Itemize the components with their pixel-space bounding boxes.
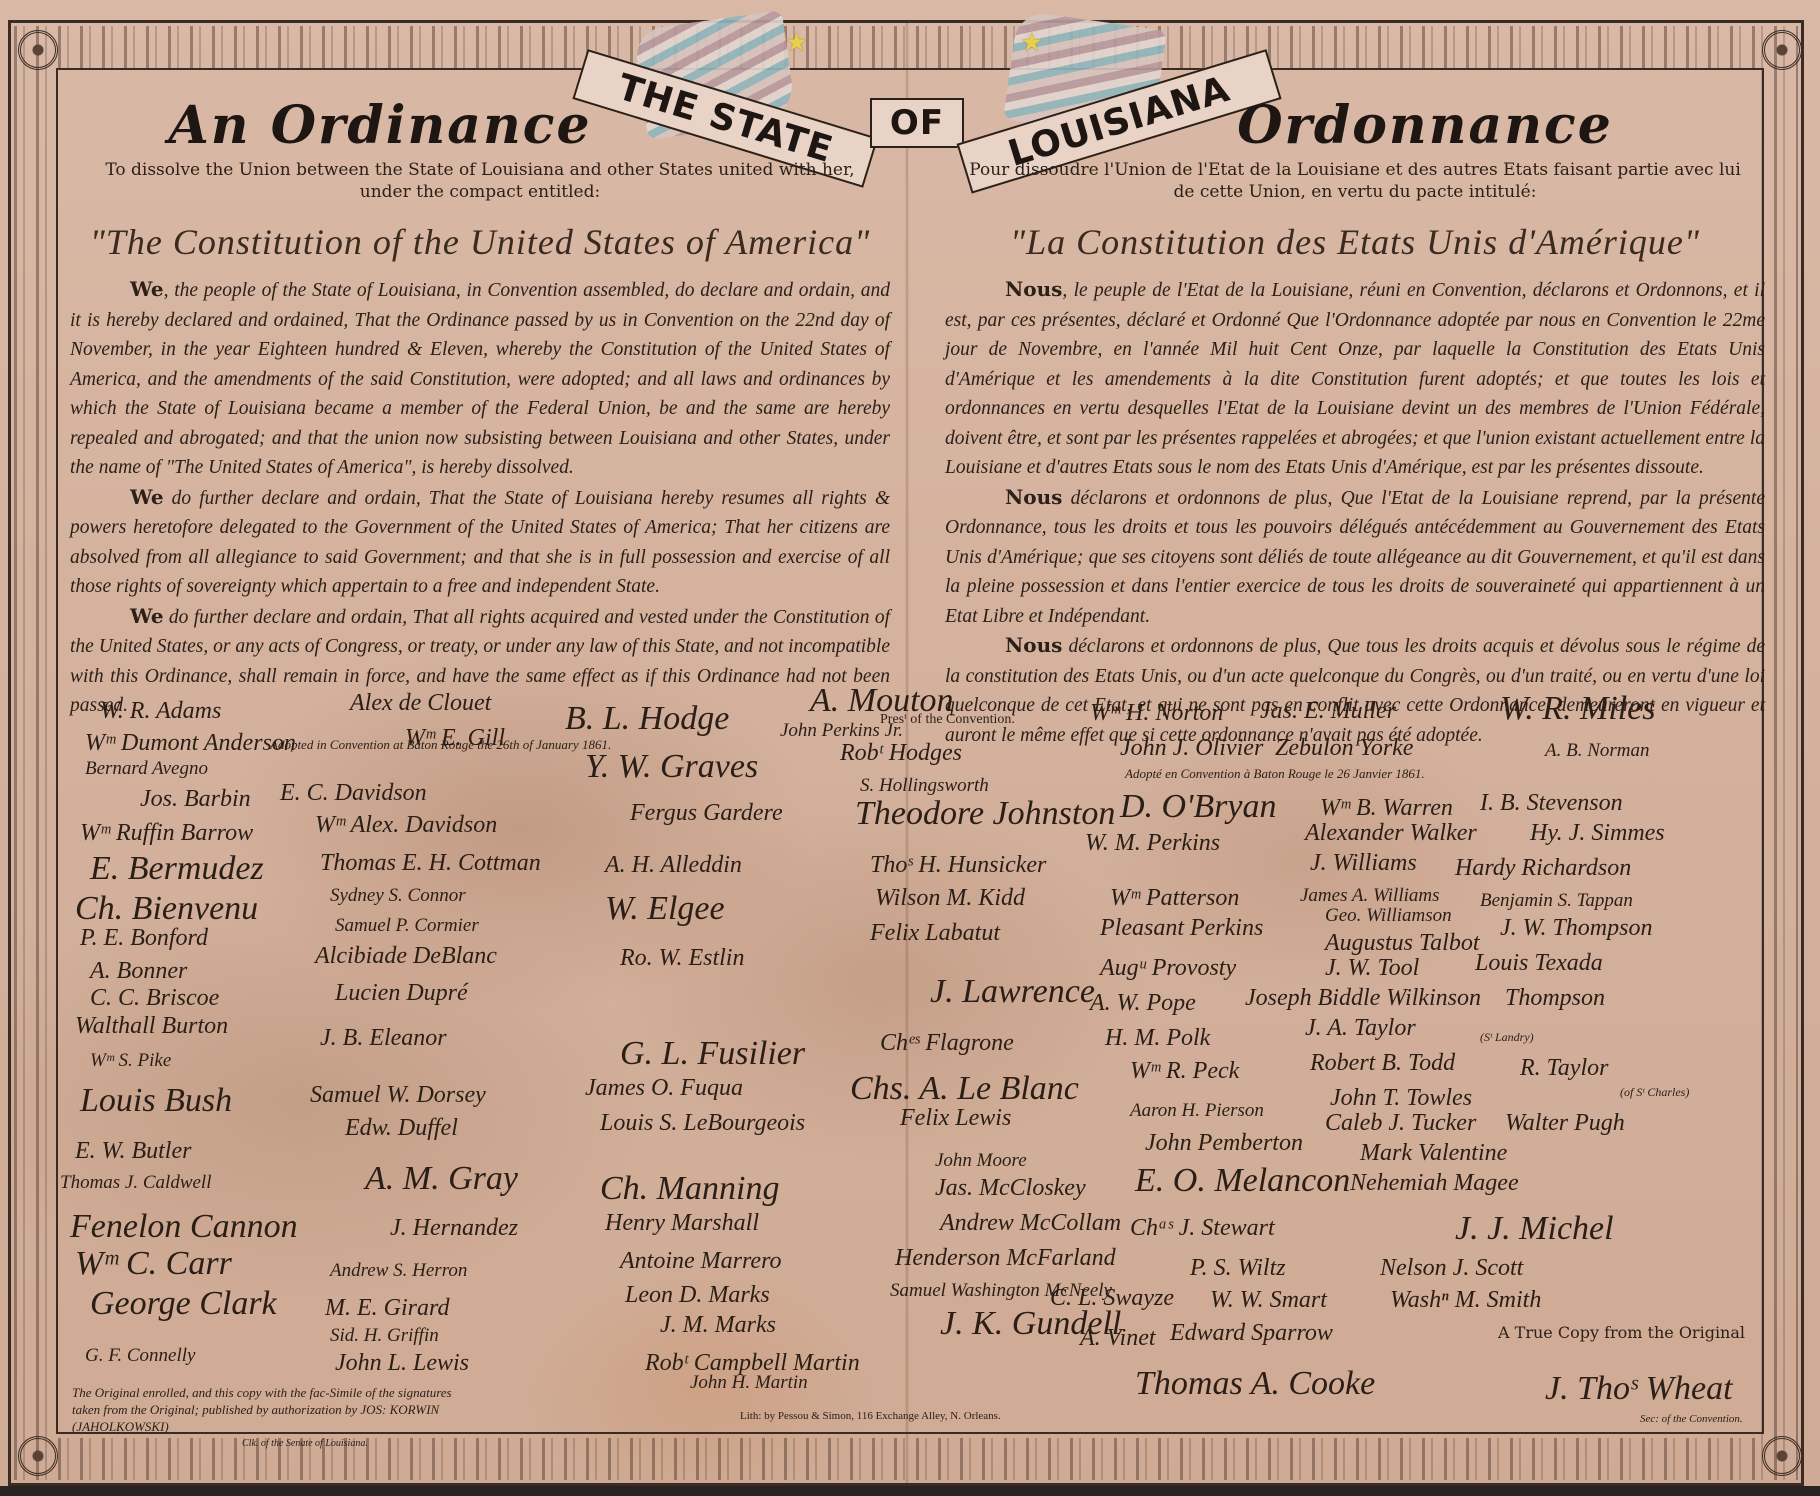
delegate-signature: Alex de Clouet [350, 690, 491, 717]
paragraph-text: , the people of the State of Louisiana, … [70, 280, 890, 478]
corner-rosette-icon [18, 1436, 58, 1476]
delegate-signature: E. C. Davidson [280, 780, 427, 807]
delegate-signature: A. W. Pope [1090, 990, 1196, 1017]
delegate-signature: Benjamin S. Tappan [1480, 890, 1633, 912]
delegate-signature: James O. Fuqua [585, 1075, 743, 1102]
paragraph-text: déclarons et ordonnons de plus, Que l'Et… [945, 488, 1765, 627]
delegate-signature: Felix Lewis [900, 1105, 1011, 1132]
delegate-signature: A. M. Gray [365, 1160, 518, 1198]
delegate-signature: Wᵐ C. Carr [75, 1245, 232, 1283]
delegate-signature: W. M. Perkins [1085, 830, 1220, 857]
delegate-signature: Ch. Manning [600, 1170, 779, 1208]
lithographer-credit: Lith: by Pessou & Simon, 116 Exchange Al… [740, 1410, 1001, 1422]
delegate-signature: Augᵘ Provosty [1100, 955, 1236, 982]
delegate-signature: Theodore Johnston [855, 795, 1115, 833]
delegate-signature: Walthall Burton [75, 1013, 228, 1040]
delegate-signature: Wᵐ E. Gill [405, 725, 505, 752]
secretary-signature: J. Thoˢ Wheat [1545, 1370, 1733, 1408]
delegate-signature: G. F. Connelly [85, 1345, 195, 1367]
french-subtitle-line: Pour dissoudre l'Union de l'Etat de la L… [969, 160, 1741, 180]
delegate-signature: Samuel W. Dorsey [310, 1082, 486, 1109]
delegate-signature: B. L. Hodge [565, 700, 729, 738]
star-icon: ★ [1020, 28, 1043, 58]
french-paragraph: Nous déclarons et ordonnons de plus, Que… [945, 483, 1765, 632]
delegate-signature: J. W. Tool [1325, 955, 1419, 982]
delegate-signature: Lucien Dupré [335, 980, 468, 1007]
paragraph-lead-word: Nous [1005, 277, 1062, 301]
delegate-signature: W. R. Adams [100, 698, 221, 725]
delegate-signature: Fergus Gardere [630, 800, 783, 827]
delegate-signature: I. B. Stevenson [1480, 790, 1623, 817]
delegate-signature: Thomas E. H. Cottman [320, 850, 541, 877]
delegate-signature: J. Williams [1310, 850, 1417, 877]
delegate-signature: R. Taylor [1520, 1055, 1608, 1082]
english-subtitle-line: under the compact entitled: [360, 182, 600, 202]
paragraph-lead-word: We [130, 485, 164, 509]
delegate-signature: Washⁿ M. Smith [1390, 1287, 1541, 1314]
french-ordinance-column: Ordonnance Pour dissoudre l'Union de l'E… [945, 95, 1765, 782]
delegate-signature: Wᵐ R. Peck [1130, 1058, 1239, 1085]
delegate-signature: J. A. Taylor [1305, 1015, 1416, 1042]
delegate-signature: Nehemiah Magee [1350, 1170, 1519, 1197]
delegate-signature: W. W. Smart [1210, 1287, 1327, 1314]
delegate-signature: Wᵐ Patterson [1110, 885, 1239, 912]
delegate-signature: A. Vinet [1080, 1325, 1156, 1352]
delegate-signature: J. B. Eleanor [320, 1025, 447, 1052]
delegate-signature: C. C. Briscoe [90, 985, 219, 1012]
paragraph-text: do further declare and ordain, That the … [70, 488, 890, 598]
paragraph-lead-word: We [130, 277, 164, 301]
delegate-signature: Aaron H. Pierson [1130, 1100, 1264, 1122]
delegate-signature: Sydney S. Connor [330, 885, 466, 907]
delegate-signature: A. B. Norman [1545, 740, 1650, 762]
delegate-signature: Henry Marshall [605, 1210, 759, 1237]
delegate-signature: Louis Bush [80, 1082, 232, 1120]
delegate-signature: A. Bonner [90, 958, 187, 985]
delegate-signature: Louis S. LeBourgeois [600, 1110, 805, 1137]
delegate-signature: J. Hernandez [390, 1215, 518, 1242]
delegate-signature: C. L. Swayze [1050, 1285, 1174, 1312]
frame-edge [0, 1486, 1820, 1496]
delegate-signature: H. M. Polk [1105, 1025, 1210, 1052]
delegate-signature: M. E. Girard [325, 1295, 449, 1322]
delegate-signature: E. W. Butler [75, 1138, 191, 1165]
delegate-signature: Alexander Walker [1305, 820, 1477, 847]
delegate-signature: J. J. Michel [1455, 1210, 1614, 1248]
delegate-signature: John H. Martin [690, 1372, 808, 1394]
delegate-signature: John Pemberton [1145, 1130, 1303, 1157]
english-ordinance-column: An Ordinance To dissolve the Union betwe… [70, 95, 890, 753]
delegate-signature: Jos. Barbin [140, 786, 251, 813]
delegate-signature: Chᵉˢ Flagrone [880, 1030, 1014, 1057]
delegate-signature: Y. W. Graves [585, 748, 758, 786]
delegate-signature: Jas. McCloskey [935, 1175, 1086, 1202]
delegate-signature: Joseph Biddle Wilkinson [1245, 985, 1481, 1012]
delegate-signature: Bernard Avegno [85, 758, 208, 780]
delegate-signature: Nelson J. Scott [1380, 1255, 1523, 1282]
english-title: An Ordinance [70, 95, 890, 153]
delegate-signatures: W. R. AdamsAlex de ClouetWᵐ Dumont Ander… [60, 690, 1760, 1390]
french-title: Ordonnance [945, 95, 1765, 153]
delegate-signature: Edward Sparrow [1170, 1320, 1333, 1347]
delegate-signature: Andrew S. Herron [330, 1260, 467, 1282]
true-copy-label: A True Copy from the Original [1498, 1323, 1745, 1342]
delegate-signature: A. H. Alleddin [605, 852, 742, 879]
delegate-signature: Chs. A. Le Blanc [850, 1070, 1079, 1108]
delegate-signature: Louis Texada [1475, 950, 1603, 977]
delegate-signature: Sid. H. Griffin [330, 1325, 439, 1347]
delegate-signature: Edw. Duffel [345, 1115, 458, 1142]
delegate-signature: Ro. W. Estlin [620, 945, 744, 972]
delegate-signature: Augustus Talbot [1325, 930, 1480, 957]
delegate-signature: G. L. Fusilier [620, 1035, 805, 1073]
paragraph-lead-word: We [130, 604, 164, 628]
signature-parish-note: (Sᵗ Landry) [1480, 1030, 1534, 1045]
delegate-signature: Thomas J. Caldwell [60, 1172, 211, 1194]
delegate-signature: George Clark [90, 1285, 277, 1323]
delegate-signature: Wilson M. Kidd [875, 885, 1025, 912]
delegate-signature: E. Bermudez [90, 850, 264, 888]
delegate-signature: Wᵐ S. Pike [90, 1050, 171, 1072]
delegate-signature: Felix Labatut [870, 920, 1000, 947]
french-subtitle-line: de cette Union, en vertu du pacte intitu… [1174, 182, 1537, 202]
delegate-signature: John T. Towles [1330, 1085, 1472, 1112]
delegate-signature: Robert B. Todd [1310, 1050, 1455, 1077]
delegate-signature: James A. Williams [1300, 885, 1440, 907]
french-compact-title: "La Constitution des Etats Unis d'Amériq… [945, 221, 1765, 263]
delegate-signature: D. O'Bryan [1120, 788, 1276, 826]
delegate-signature: Thompson [1505, 985, 1605, 1012]
english-subtitle: To dissolve the Union between the State … [70, 159, 890, 203]
corner-rosette-icon [18, 30, 58, 70]
delegate-signature: John L. Lewis [335, 1350, 469, 1377]
delegate-signature: Hardy Richardson [1455, 855, 1631, 882]
paragraph-lead-word: Nous [1005, 633, 1062, 657]
paragraph-lead-word: Nous [1005, 485, 1062, 509]
delegate-signature: Henderson McFarland [895, 1245, 1116, 1272]
delegate-signature: S. Hollingsworth [860, 775, 989, 797]
delegate-signature: Thoˢ H. Hunsicker [870, 852, 1046, 879]
publication-note: The Original enrolled, and this copy wit… [72, 1384, 472, 1452]
delegate-signature: Jas. E. Muller [1260, 698, 1396, 725]
corner-rosette-icon [1762, 1436, 1802, 1476]
delegate-signature: Pleasant Perkins [1100, 915, 1263, 942]
delegate-signature: Andrew McCollam [940, 1210, 1121, 1237]
paragraph-text: , le peuple de l'Etat de la Louisiane, r… [945, 280, 1765, 478]
delegate-signature: Samuel P. Cormier [335, 915, 479, 937]
delegate-signature: Mark Valentine [1360, 1140, 1507, 1167]
french-subtitle: Pour dissoudre l'Union de l'Etat de la L… [945, 159, 1765, 203]
corner-rosette-icon [1762, 30, 1802, 70]
delegate-signature: Wᵐ Ruffin Barrow [80, 820, 253, 847]
delegate-signature: Alcibiade DeBlanc [315, 943, 497, 970]
star-icon: ★ [785, 28, 808, 58]
delegate-signature: Fenelon Cannon [70, 1208, 298, 1246]
delegate-signature: Walter Pugh [1505, 1110, 1625, 1137]
delegate-signature: Wᵐ Alex. Davidson [315, 812, 497, 839]
delegate-signature: Wᵐ H. Norton [1090, 700, 1223, 727]
delegate-signature: J. M. Marks [660, 1312, 776, 1339]
delegate-signature: Chᵃˢ J. Stewart [1130, 1215, 1275, 1242]
delegate-signature: Thomas A. Cooke [1135, 1365, 1375, 1403]
signature-parish-note: (of Sᵗ Charles) [1620, 1085, 1689, 1100]
delegate-signature: J. Lawrence [930, 973, 1095, 1011]
english-paragraph: We do further declare and ordain, That t… [70, 483, 890, 602]
clerk-title: Clk. of the Senate of Louisiana. [72, 1435, 472, 1452]
english-subtitle-line: To dissolve the Union between the State … [105, 160, 854, 180]
delegate-signature: Robᵗ Hodges [840, 740, 962, 767]
delegate-signature: Hy. J. Simmes [1530, 820, 1665, 847]
delegate-signature: John Perkins Jr. [780, 720, 903, 742]
delegate-signature: J. W. Thompson [1500, 915, 1652, 942]
delegate-signature: John Moore [935, 1150, 1027, 1172]
publication-note-text: The Original enrolled, and this copy wit… [72, 1385, 452, 1434]
delegate-signature: W. R. Miles [1500, 690, 1656, 728]
delegate-signature: John J. Olivier [1120, 735, 1263, 762]
english-compact-title: "The Constitution of the United States o… [70, 221, 890, 263]
delegate-signature: Antoine Marrero [620, 1248, 782, 1275]
english-paragraph: We, the people of the State of Louisiana… [70, 275, 890, 483]
delegate-signature: Wᵐ B. Warren [1320, 795, 1453, 822]
secretary-title: Sec: of the Convention. [1640, 1413, 1743, 1425]
delegate-signature: Ch. Bienvenu [75, 890, 258, 928]
delegate-signature: P. E. Bonford [80, 925, 208, 952]
delegate-signature: Leon D. Marks [625, 1282, 770, 1309]
delegate-signature: Wᵐ Dumont Anderson [85, 730, 296, 757]
delegate-signature: Caleb J. Tucker [1325, 1110, 1476, 1137]
french-paragraph: Nous, le peuple de l'Etat de la Louisian… [945, 275, 1765, 483]
delegate-signature: E. O. Melancon [1135, 1162, 1350, 1200]
delegate-signature: Geo. Williamson [1325, 905, 1452, 927]
delegate-signature: W. Elgee [605, 890, 725, 928]
delegate-signature: Zebulon Yorke [1275, 735, 1413, 762]
delegate-signature: P. S. Wiltz [1190, 1255, 1286, 1282]
